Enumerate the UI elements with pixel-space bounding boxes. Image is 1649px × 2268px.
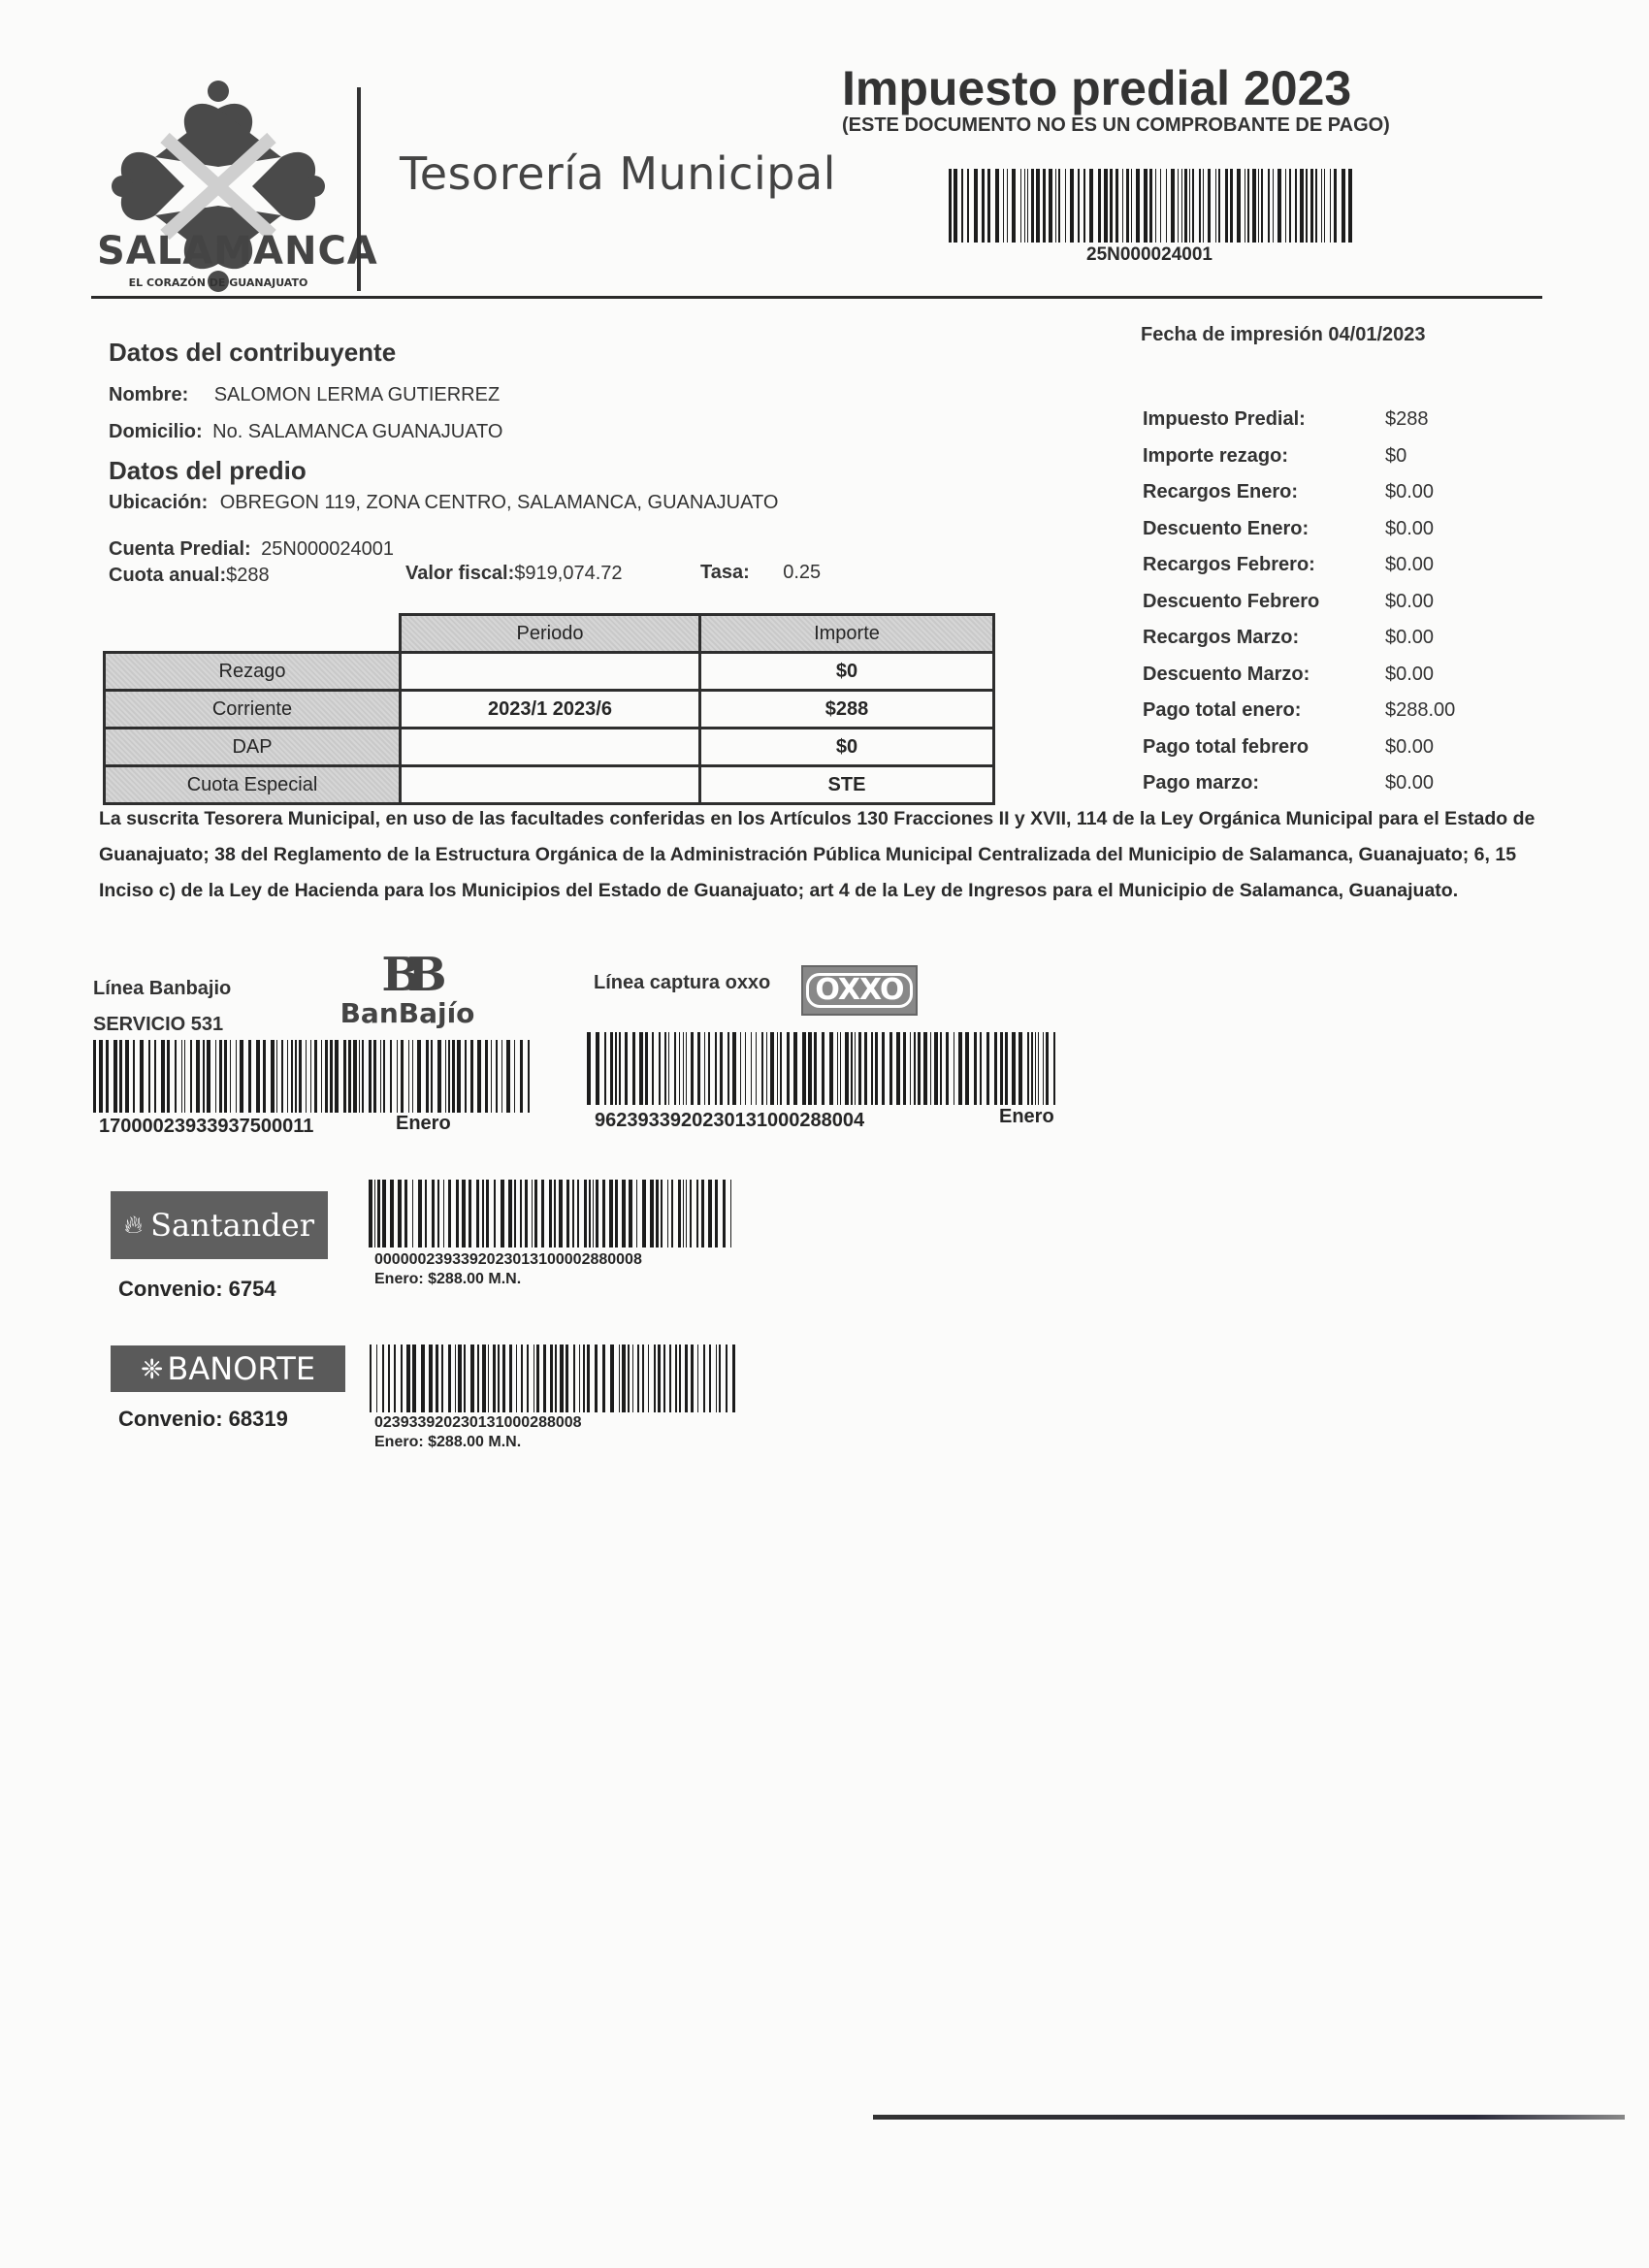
header-rule — [91, 296, 1542, 299]
summary-label: Recargos Marzo: — [1143, 627, 1385, 649]
charges-table: Periodo Importe Rezago $0 Corriente 2023… — [103, 613, 995, 805]
rate-label: Tasa: — [700, 562, 750, 583]
header-divider — [357, 87, 361, 291]
santander-agreement: Convenio: 6754 — [118, 1277, 276, 1302]
property-heading: Datos del predio — [109, 456, 307, 486]
name-value: SALOMON LERMA GUTIERREZ — [214, 384, 501, 405]
summary-value: $0.00 — [1385, 481, 1434, 503]
oxxo-label: Línea captura oxxo — [594, 972, 770, 994]
row-concept: DAP — [105, 729, 401, 766]
summary-label: Pago total febrero — [1143, 736, 1385, 759]
banorte-reference: 023933920230131000288008 — [374, 1414, 582, 1432]
oxxo-barcode — [587, 1032, 1062, 1105]
table-header-row: Periodo Importe — [105, 615, 994, 653]
municipality-tagline: EL CORAZÓN DE GUANAJUATO — [97, 276, 339, 289]
santander-logo-text: Santander — [150, 1207, 314, 1244]
account-value: 25N000024001 — [261, 538, 394, 560]
summary-value: $0.00 — [1385, 736, 1434, 759]
print-date: Fecha de impresión 04/01/2023 — [1141, 324, 1426, 346]
summary-row: Importe rezago:$0 — [1143, 438, 1455, 475]
table-row: DAP $0 — [105, 729, 994, 766]
name-label: Nombre: — [109, 384, 188, 405]
annual-fee-row: Cuota anual:$288 — [109, 565, 270, 587]
banbajio-mark: BB — [335, 953, 480, 997]
fiscal-value-row: Valor fiscal:$919,074.72 — [405, 563, 623, 585]
santander-logo-icon: 🔥︎ Santander — [111, 1191, 328, 1259]
row-period — [401, 729, 700, 766]
banbajio-name: BanBajío — [335, 997, 480, 1029]
print-date-value: 04/01/2023 — [1328, 324, 1425, 345]
column-header-amount: Importe — [700, 615, 994, 653]
banorte-barcode — [370, 1345, 738, 1412]
summary-label: Pago total enero: — [1143, 699, 1385, 722]
summary-row: Recargos Febrero:$0.00 — [1143, 547, 1455, 584]
location-row: Ubicación: OBREGON 119, ZONA CENTRO, SAL… — [109, 492, 778, 514]
account-barcode-text: 25N000024001 — [1086, 244, 1212, 266]
account-label: Cuenta Predial: — [109, 538, 251, 560]
contributor-heading: Datos del contribuyente — [109, 338, 396, 368]
santander-reference: 0000002393392023013100002880008 — [374, 1251, 642, 1269]
banbajio-label: Línea Banbajio — [93, 978, 231, 1000]
row-concept: Corriente — [105, 691, 401, 729]
banorte-agreement: Convenio: 68319 — [118, 1407, 288, 1432]
legal-notice: La suscrita Tesorera Municipal, en uso d… — [99, 801, 1554, 909]
summary-value: $288 — [1385, 408, 1429, 431]
summary-row: Recargos Enero:$0.00 — [1143, 474, 1455, 511]
fiscal-value-label: Valor fiscal: — [405, 563, 514, 584]
location-value: OBREGON 119, ZONA CENTRO, SALAMANCA, GUA… — [220, 492, 779, 513]
summary-value: $288.00 — [1385, 699, 1455, 722]
rate-value: 0.25 — [783, 562, 821, 583]
fiscal-value: $919,074.72 — [514, 563, 622, 584]
banorte-logo-text: BANORTE — [167, 1350, 315, 1387]
summary-row: Descuento Febrero$0.00 — [1143, 584, 1455, 621]
summary-label: Pago marzo: — [1143, 772, 1385, 794]
summary-row: Pago total enero:$288.00 — [1143, 693, 1455, 729]
column-header-period: Periodo — [401, 615, 700, 653]
summary-label: Descuento Marzo: — [1143, 664, 1385, 686]
address-row: Domicilio: No. SALAMANCA GUANAJUATO — [109, 421, 502, 443]
row-period — [401, 653, 700, 691]
banbajio-service: SERVICIO 531 — [93, 1014, 223, 1036]
row-amount: $288 — [700, 691, 994, 729]
row-concept: Rezago — [105, 653, 401, 691]
banbajio-reference: 17000023933937500011 — [99, 1116, 313, 1138]
banorte-mark-icon: ❈ — [141, 1353, 163, 1385]
banbajio-barcode — [93, 1040, 534, 1113]
row-amount: $0 — [700, 653, 994, 691]
department-name: Tesorería Municipal — [400, 147, 836, 200]
summary-label: Descuento Febrero — [1143, 591, 1385, 613]
account-barcode — [949, 169, 1356, 243]
summary-row: Recargos Marzo:$0.00 — [1143, 620, 1455, 657]
summary-row: Impuesto Predial:$288 — [1143, 402, 1455, 438]
summary-value: $0.00 — [1385, 554, 1434, 576]
payment-summary: Impuesto Predial:$288 Importe rezago:$0 … — [1143, 402, 1455, 802]
oxxo-reference: 9623933920230131000288004 — [595, 1110, 864, 1132]
print-date-label: Fecha de impresión — [1141, 324, 1323, 345]
row-amount: STE — [700, 766, 994, 804]
santander-amount: Enero: $288.00 M.N. — [374, 1271, 521, 1288]
banorte-amount: Enero: $288.00 M.N. — [374, 1434, 521, 1451]
oxxo-logo-icon: OXXO — [801, 965, 918, 1016]
table-row: Corriente 2023/1 2023/6 $288 — [105, 691, 994, 729]
annual-fee-label: Cuota anual: — [109, 565, 226, 586]
flame-icon: 🔥︎ — [124, 1211, 143, 1241]
santander-barcode — [369, 1180, 737, 1247]
row-period: 2023/1 2023/6 — [401, 691, 700, 729]
address-value: No. SALAMANCA GUANAJUATO — [212, 421, 502, 442]
banorte-logo-icon: ❈ BANORTE — [111, 1345, 345, 1392]
row-period — [401, 766, 700, 804]
table-row: Cuota Especial STE — [105, 766, 994, 804]
summary-value: $0.00 — [1385, 664, 1434, 686]
summary-label: Recargos Febrero: — [1143, 554, 1385, 576]
summary-value: $0.00 — [1385, 591, 1434, 613]
summary-value: $0.00 — [1385, 627, 1434, 649]
summary-label: Recargos Enero: — [1143, 481, 1385, 503]
annual-fee-value: $288 — [226, 565, 270, 586]
name-row: Nombre: SALOMON LERMA GUTIERREZ — [109, 384, 500, 406]
summary-label: Importe rezago: — [1143, 445, 1385, 468]
row-amount: $0 — [700, 729, 994, 766]
summary-label: Descuento Enero: — [1143, 518, 1385, 540]
summary-row: Pago total febrero$0.00 — [1143, 729, 1455, 766]
banbajio-logo-icon: BB BanBajío — [335, 953, 480, 1029]
oxxo-month: Enero — [999, 1106, 1054, 1128]
summary-value: $0.00 — [1385, 772, 1434, 794]
summary-row: Descuento Marzo:$0.00 — [1143, 657, 1455, 694]
summary-row: Descuento Enero:$0.00 — [1143, 511, 1455, 548]
municipality-name: SALAMANCA — [97, 229, 339, 274]
account-row: Cuenta Predial: 25N000024001 — [109, 538, 394, 561]
address-label: Domicilio: — [109, 421, 203, 442]
footer-rule — [873, 2115, 1625, 2120]
oxxo-logo-text: OXXO — [806, 973, 912, 1008]
row-concept: Cuota Especial — [105, 766, 401, 804]
summary-value: $0.00 — [1385, 518, 1434, 540]
summary-value: $0 — [1385, 445, 1406, 468]
banbajio-month: Enero — [396, 1113, 451, 1135]
table-row: Rezago $0 — [105, 653, 994, 691]
summary-label: Impuesto Predial: — [1143, 408, 1385, 431]
summary-row: Pago marzo:$0.00 — [1143, 765, 1455, 802]
rate-row: Tasa: 0.25 — [700, 562, 821, 584]
document-title: Impuesto predial 2023 — [842, 60, 1351, 116]
location-label: Ubicación: — [109, 492, 208, 513]
document-subtitle: (ESTE DOCUMENTO NO ES UN COMPROBANTE DE … — [842, 114, 1390, 137]
